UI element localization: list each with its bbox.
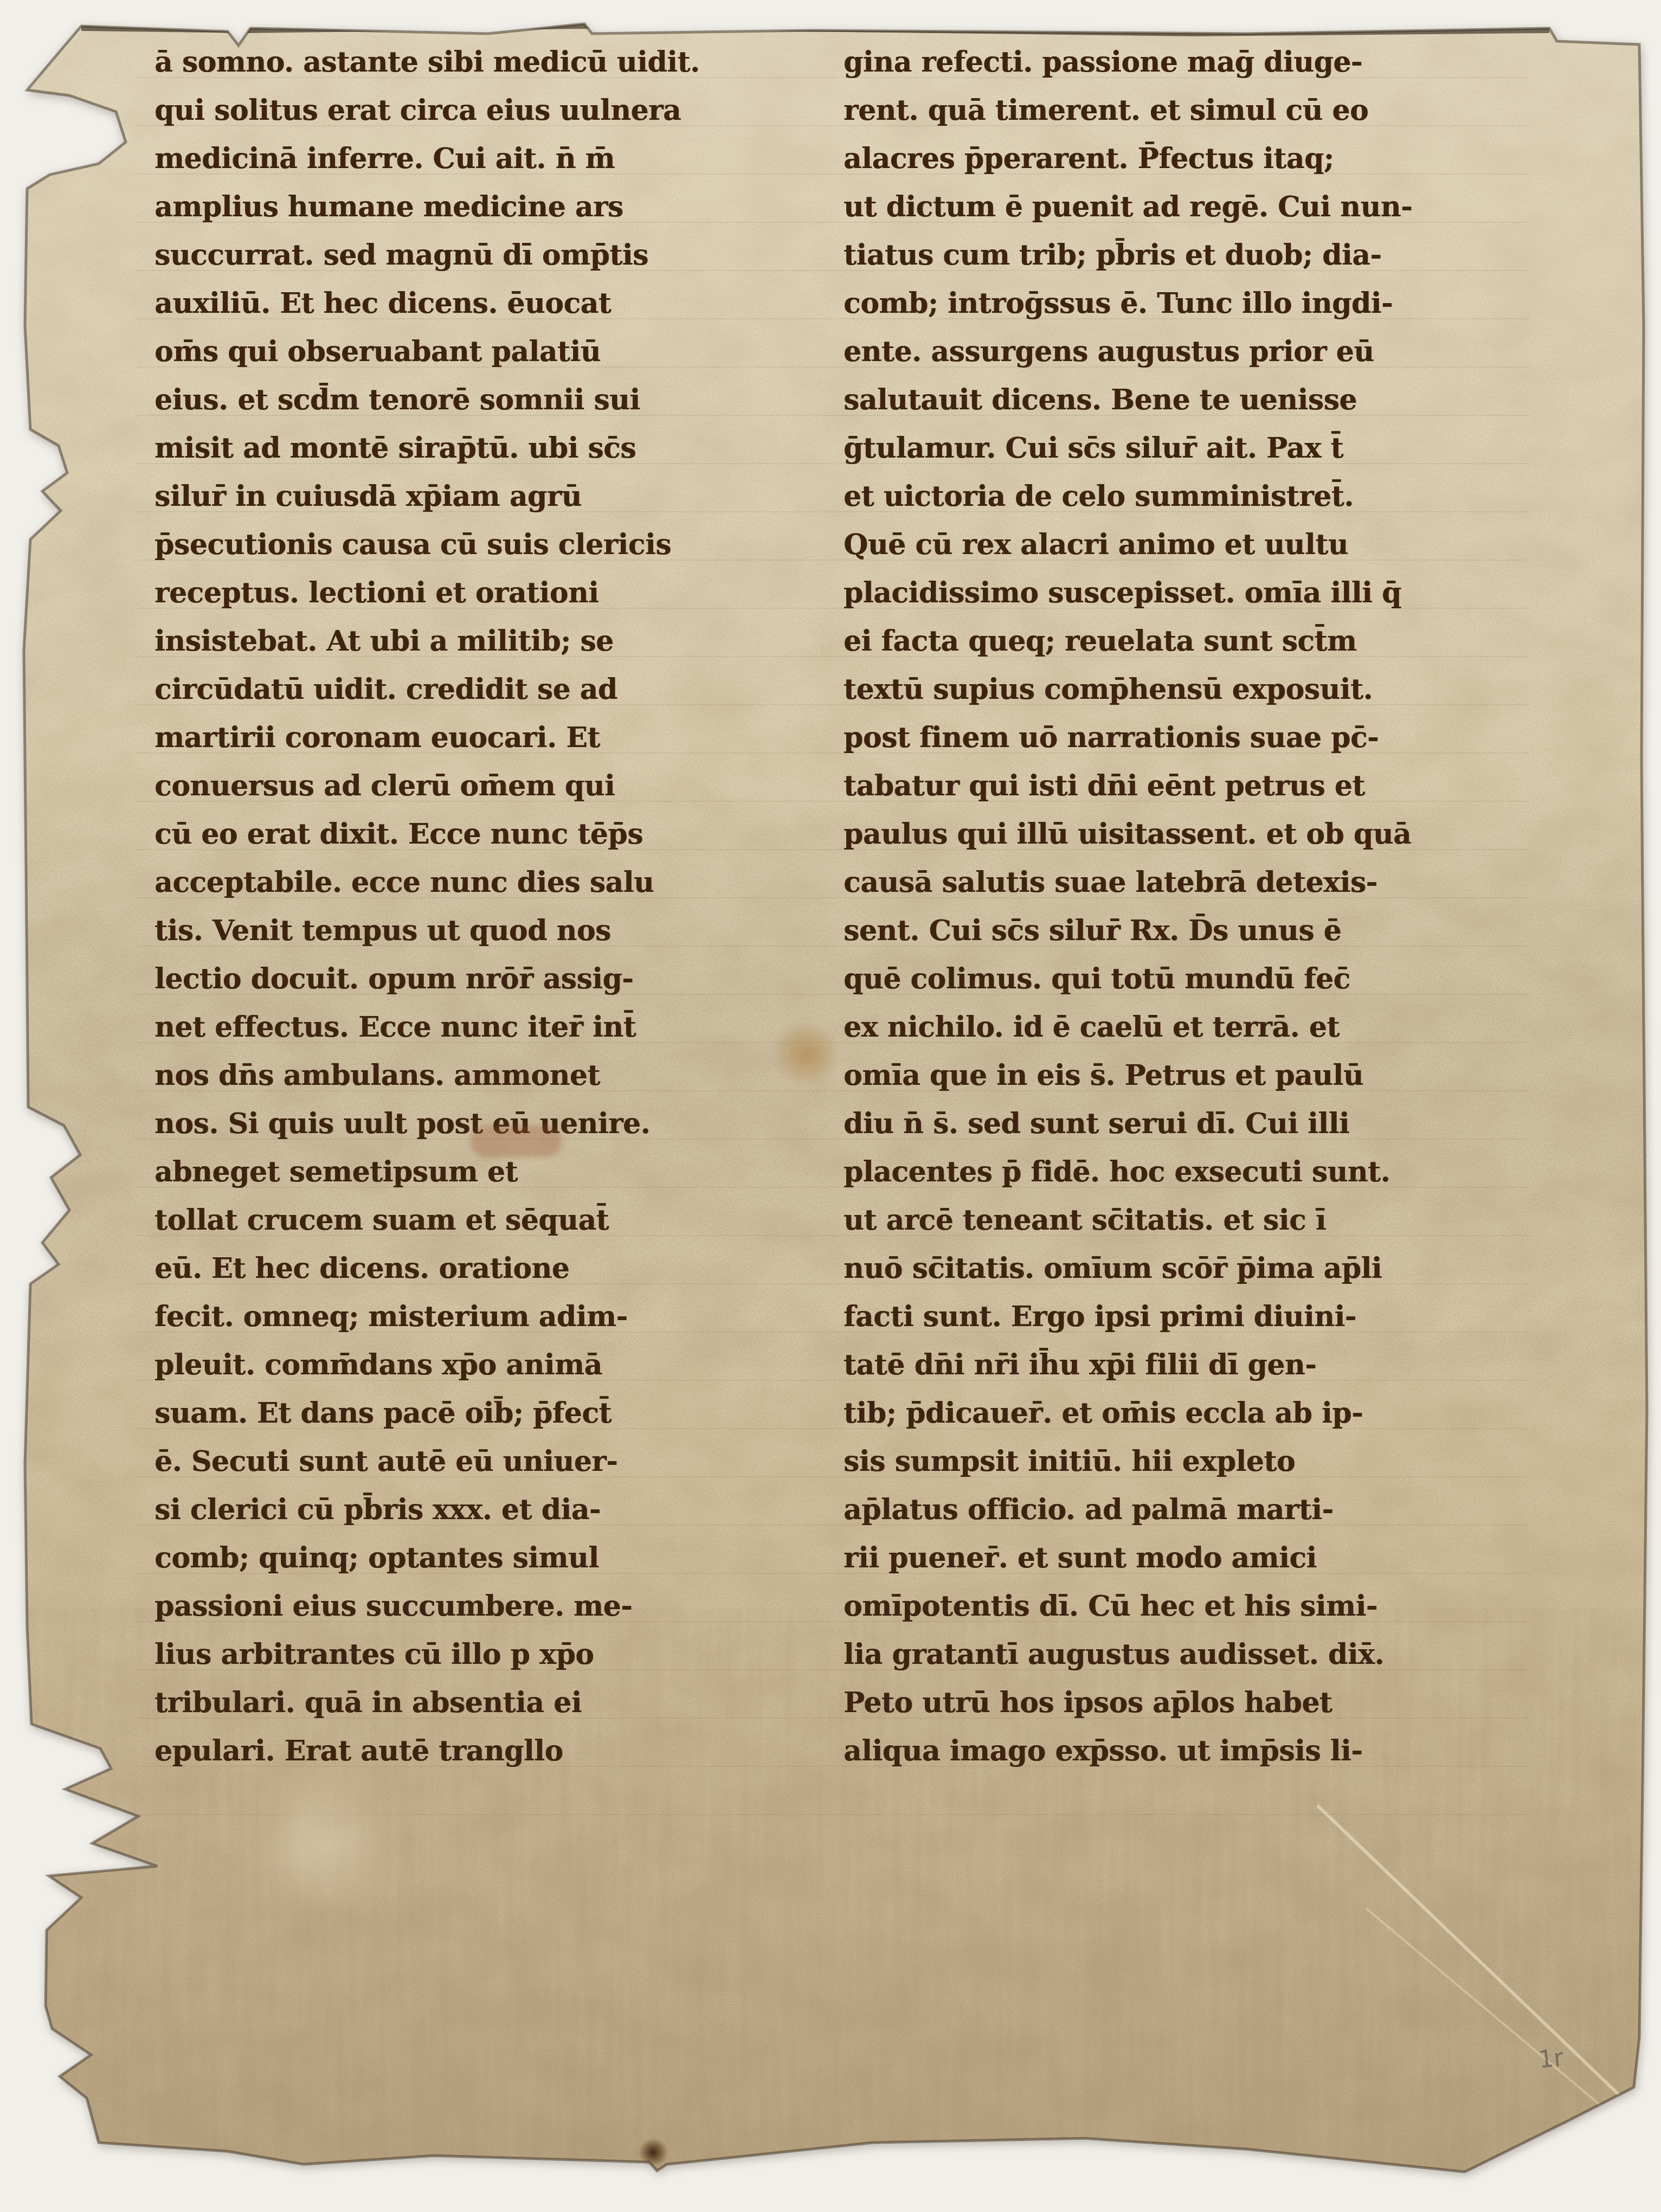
manuscript-line: textū supius comp̄hensū exposuit. [844, 665, 1412, 713]
manuscript-line: tib; p̄dicauer̄. et om̄is eccla ab ip- [844, 1389, 1412, 1437]
manuscript-line: martirii coronam euocari. Et [154, 713, 700, 762]
manuscript-line: lectio docuit. opum nrōr̄ assig- [154, 955, 700, 1003]
manuscript-line: sent. Cui sc̄s silur̄ Rx. D̄s unus ē [844, 906, 1412, 955]
manuscript-line: silur̄ in cuiusdā xp̄iam agrū [154, 472, 700, 520]
manuscript-line: quē colimus. qui totū mundū fec̄ [844, 955, 1412, 1003]
manuscript-line: placentes p̄ fidē. hoc exsecuti sunt. [844, 1148, 1412, 1196]
manuscript-line: lia gratantī augustus audisset. dix̄. [844, 1630, 1412, 1679]
manuscript-line: abneget semetipsum et [154, 1148, 700, 1196]
manuscript-line: gina refecti. passione maḡ diuge- [844, 38, 1412, 86]
manuscript-line: ex nichilo. id ē caelū et terrā. et [844, 1003, 1412, 1051]
manuscript-line: tiatus cum trib; pb̄ris et duob; dia- [844, 231, 1412, 279]
manuscript-line: tis. Venit tempus ut quod nos [154, 906, 700, 955]
manuscript-line: ē. Secuti sunt autē eū uniuer- [154, 1437, 700, 1486]
manuscript-line: eū. Et hec dicens. oratione [154, 1244, 700, 1293]
manuscript-line: p̄secutionis causa cū suis clericis [154, 520, 700, 569]
manuscript-line: paulus qui illū uisitassent. et ob quā [844, 810, 1412, 858]
manuscript-line: acceptabile. ecce nunc dies salu [154, 858, 700, 906]
manuscript-line: omīa que in eis s̄. Petrus et paulū [844, 1051, 1412, 1099]
scanner-background: ā somno. astante sibi medicū uidit. qui … [0, 0, 1661, 2212]
manuscript-line: auxiliū. Et hec dicens. ēuocat [154, 279, 700, 327]
manuscript-line: succurrat. sed magnū dī omp̄tis [154, 231, 700, 279]
manuscript-line: nos. Si quis uult post eū uenire. [154, 1099, 700, 1148]
manuscript-line: ut arcē teneant sc̄itatis. et sic ī [844, 1196, 1412, 1244]
manuscript-line: ei facta queq; reuelata sunt sct̄m [844, 617, 1412, 665]
manuscript-line: et uictoria de celo sumministret̄. [844, 472, 1412, 520]
manuscript-line: eius. et scd̄m tenorē somnii sui [154, 376, 700, 424]
manuscript-line: comb; introḡssus ē. Tunc illo ingdi- [844, 279, 1412, 327]
manuscript-line: rii puener̄. et sunt modo amici [844, 1534, 1412, 1582]
manuscript-line: passioni eius succumbere. me- [154, 1582, 700, 1630]
manuscript-line: causā salutis suae latebrā detexis- [844, 858, 1412, 906]
manuscript-line: insistebat. At ubi a militib; se [154, 617, 700, 665]
manuscript-line: tatē dn̄i nr̄i ih̄u xp̄i filii dī gen- [844, 1341, 1412, 1389]
manuscript-line: net effectus. Ecce nunc iter̄ int̄ [154, 1003, 700, 1051]
manuscript-line: tabatur qui isti dn̄i eēnt petrus et [844, 762, 1412, 810]
text-column-right: gina refecti. passione maḡ diuge- rent. … [844, 38, 1412, 1775]
manuscript-line: misit ad montē sirap̄tū. ubi sc̄s [154, 424, 700, 472]
manuscript-line: epulari. Erat autē trangllo [154, 1727, 700, 1775]
manuscript-line: circūdatū uidit. credidit se ad [154, 665, 700, 713]
manuscript-line: receptus. lectioni et orationi [154, 569, 700, 617]
manuscript-line: medicinā inferre. Cui ait. n̄ m̄ [154, 134, 700, 183]
manuscript-line: conuersus ad clerū om̄em qui [154, 762, 700, 810]
manuscript-line: rent. quā timerent. et simul cū eo [844, 86, 1412, 134]
manuscript-line: tribulari. quā in absentia ei [154, 1679, 700, 1727]
manuscript-line: om̄s qui obseruabant palatiū [154, 327, 700, 376]
manuscript-line: omīpotentis dī. Cū hec et his simi- [844, 1582, 1412, 1630]
manuscript-line: cū eo erat dixit. Ecce nunc tēp̄s [154, 810, 700, 858]
manuscript-line: fecit. omneq; misterium adim- [154, 1293, 700, 1341]
manuscript-line: pleuit. comm̄dans xp̄o animā [154, 1341, 700, 1389]
manuscript-line: sis sumpsit initiū. hii expleto [844, 1437, 1412, 1486]
manuscript-line: Quē cū rex alacri animo et uultu [844, 520, 1412, 569]
folio-number: 1r [1537, 2044, 1565, 2074]
manuscript-line: qui solitus erat circa eius uulnera [154, 86, 700, 134]
text-column-left: ā somno. astante sibi medicū uidit. qui … [154, 38, 700, 1775]
manuscript-line: amplius humane medicine ars [154, 183, 700, 231]
manuscript-line: post finem uō narrationis suae pc̄- [844, 713, 1412, 762]
manuscript-line: ut dictum ē puenit ad regē. Cui nun- [844, 183, 1412, 231]
manuscript-line: si clerici cū pb̄ris xxx. et dia- [154, 1486, 700, 1534]
manuscript-line: diu n̄ s̄. sed sunt serui dī. Cui illi [844, 1099, 1412, 1148]
manuscript-line: ap̄latus officio. ad palmā marti- [844, 1486, 1412, 1534]
manuscript-line: alacres p̄perarent. P̄fectus itaq; [844, 134, 1412, 183]
manuscript-line: suam. Et dans pacē oib̄; p̄fect̄ [154, 1389, 700, 1437]
manuscript-line: salutauit dicens. Bene te uenisse [844, 376, 1412, 424]
manuscript-line: placidissimo suscepisset. omīa illi q̄ [844, 569, 1412, 617]
manuscript-line: ḡtulamur. Cui sc̄s silur̄ ait. Pax t̄ [844, 424, 1412, 472]
manuscript-line: tollat crucem suam et sēquat̄ [154, 1196, 700, 1244]
manuscript-line: ā somno. astante sibi medicū uidit. [154, 38, 700, 86]
manuscript-line: facti sunt. Ergo ipsi primi diuini- [844, 1293, 1412, 1341]
manuscript-line: nuō sc̄itatis. omīum scōr̄ p̄ima ap̄li [844, 1244, 1412, 1293]
manuscript-line: ente. assurgens augustus prior eū [844, 327, 1412, 376]
manuscript-line: lius arbitrantes cū illo p xp̄o [154, 1630, 700, 1679]
manuscript-line: aliqua imago exp̄sso. ut imp̄sis li- [844, 1727, 1412, 1775]
manuscript-line: Peto utrū hos ipsos ap̄los habet [844, 1679, 1412, 1727]
manuscript-line: nos dn̄s ambulans. ammonet [154, 1051, 700, 1099]
manuscript-line: comb; quinq; optantes simul [154, 1534, 700, 1582]
